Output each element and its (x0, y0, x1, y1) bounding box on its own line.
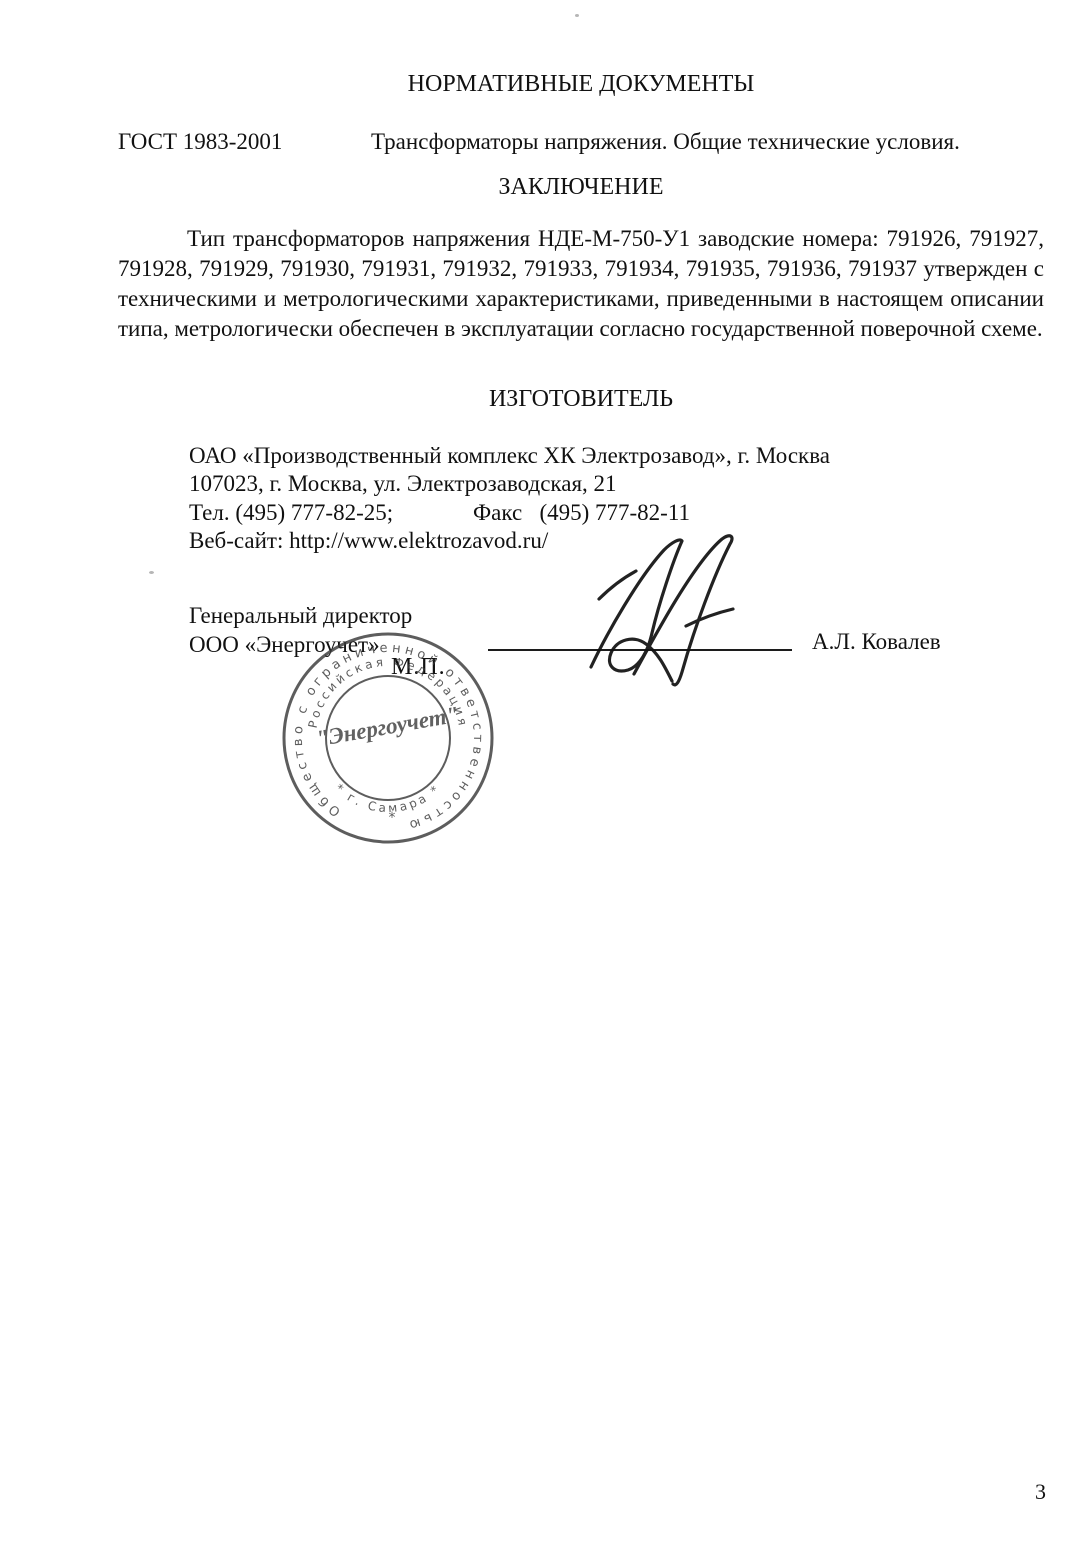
stamp-center-text: "Энергоучет" (314, 702, 461, 752)
gost-code: ГОСТ 1983-2001 (118, 129, 282, 155)
normative-documents-heading: НОРМАТИВНЫЕ ДОКУМЕНТЫ (118, 71, 1044, 97)
conclusion-paragraph: Тип трансформаторов напряжения НДЕ-М-750… (118, 224, 1044, 344)
manufacturer-heading: ИЗГОТОВИТЕЛЬ (118, 386, 1044, 412)
signatory-name: А.Л. Ковалев (812, 629, 941, 655)
company-round-stamp: Общество с ограниченной ответственностью… (280, 630, 496, 846)
manufacturer-name: ОАО «Производственный комплекс ХК Электр… (189, 442, 830, 470)
manufacturer-phone: Тел. (495) 777-82-25; (189, 500, 393, 525)
gost-title: Трансформаторы напряжения. Общие техниче… (371, 129, 960, 155)
signatory-position-line1: Генеральный директор (189, 601, 412, 630)
scan-speck-left (149, 571, 154, 574)
manufacturer-fax: Факс (495) 777-82-11 (473, 499, 690, 527)
document-page: НОРМАТИВНЫЕ ДОКУМЕНТЫ ГОСТ 1983-2001 Тра… (0, 0, 1086, 1560)
conclusion-heading: ЗАКЛЮЧЕНИЕ (118, 174, 1044, 200)
signature-stroke-tick (686, 609, 733, 626)
handwritten-signature (563, 533, 798, 693)
manufacturer-address: 107023, г. Москва, ул. Электрозаводская,… (189, 470, 830, 498)
signature-stroke-right-loop (634, 536, 732, 685)
page-number: 3 (1035, 1479, 1046, 1505)
scan-speck-top (575, 14, 579, 17)
manufacturer-phone-fax: Тел. (495) 777-82-25; Факс (495) 777-82-… (189, 499, 830, 527)
stamp-bottom-separator-star: * (389, 810, 396, 826)
